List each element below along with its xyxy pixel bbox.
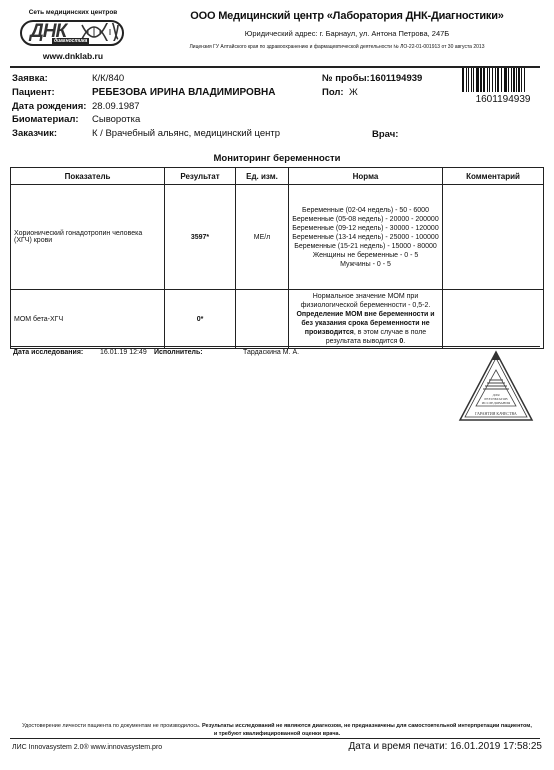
disclaimer-normal: Удостоверение личности пациента по докум… xyxy=(22,723,202,729)
order-label: Заявка: xyxy=(12,73,48,84)
barcode-number: 1601194939 xyxy=(462,94,544,105)
sex-value: Ж xyxy=(349,87,358,98)
svg-text:ГАРАНТИЯ КАЧЕСТВА: ГАРАНТИЯ КАЧЕСТВА xyxy=(475,411,517,416)
footer-divider xyxy=(10,738,540,739)
website-link[interactable]: www.dnklab.ru xyxy=(18,51,128,61)
norm-line: Женщины не беременные - 0 - 5 xyxy=(291,251,440,260)
quality-stamp-icon: ДЛЯ РЕЗУЛЬТАТОВ ИССЛЕДОВАНИЯ ГАРАНТИЯ КА… xyxy=(458,350,534,422)
study-divider xyxy=(10,346,540,347)
column-header-norm: Норма xyxy=(289,168,443,185)
comment-cell xyxy=(443,185,544,290)
biomaterial-value: Сыворотка xyxy=(92,114,140,125)
network-label: Сеть медицинских центров xyxy=(18,9,128,16)
barcode xyxy=(462,68,544,92)
org-license: Лицензия ГУ Алтайского края по здравоохр… xyxy=(120,44,554,50)
performer-label: Исполнитель: xyxy=(154,349,203,356)
dob-label: Дата рождения: xyxy=(12,101,86,112)
result-cell: 3597* xyxy=(165,185,236,290)
patient-name: РЕБЕЗОВА ИРИНА ВЛАДИМИРОВНА xyxy=(92,87,276,98)
comment-cell xyxy=(443,290,544,349)
patient-label: Пациент: xyxy=(12,87,55,98)
order-value: К/К/840 xyxy=(92,73,124,84)
org-address: Юридический адрес: г. Барнаул, ул. Антон… xyxy=(140,29,554,38)
study-date-label: Дата исследования: xyxy=(13,349,83,356)
table-header-row: Показатель Результат Ед. изм. Норма Комм… xyxy=(11,168,544,185)
print-datetime: Дата и время печати: 16.01.2019 17:58:25 xyxy=(349,741,542,752)
column-header-indicator: Показатель xyxy=(11,168,165,185)
norm-line: Беременные (13-14 недель) - 25000 - 1000… xyxy=(291,233,440,242)
table-row: Хорионический гонадотропин человека (ХГЧ… xyxy=(11,185,544,290)
unit-cell xyxy=(236,290,289,349)
barcode-bar xyxy=(525,68,526,92)
biomaterial-label: Биоматериал: xyxy=(12,114,79,125)
norm-line: Беременные (02-04 недель) - 50 - 6000 xyxy=(291,206,440,215)
svg-text:ИССЛЕДОВАНИЯ: ИССЛЕДОВАНИЯ xyxy=(482,401,511,405)
norm-end: . xyxy=(403,338,405,345)
norm-line: Беременные (05-08 недель) - 20000 - 2000… xyxy=(291,215,440,224)
norm-line: Беременные (15-21 недель) - 15000 - 8000… xyxy=(291,242,440,251)
section-title: Мониторинг беременности xyxy=(0,153,554,164)
results-table: Показатель Результат Ед. изм. Норма Комм… xyxy=(10,167,544,349)
header-divider xyxy=(10,66,540,68)
logo-subtitle: диагностика xyxy=(52,38,89,44)
org-title: ООО Медицинский центр «Лаборатория ДНК-Д… xyxy=(140,10,554,22)
result-cell: 0* xyxy=(165,290,236,349)
performer-value: Тардаскина М. А. xyxy=(243,349,299,356)
norm-line: Беременные (09-12 недель) - 30000 - 1200… xyxy=(291,224,440,233)
lis-info: ЛИС Innovasystem 2.0® www.innovasystem.p… xyxy=(12,744,162,751)
doctor-label: Врач: xyxy=(372,129,398,140)
norm-line: Мужчины - 0 - 5 xyxy=(291,260,440,269)
sample-label: № пробы: xyxy=(322,73,370,84)
disclaimer: Удостоверение личности пациента по докум… xyxy=(20,722,534,738)
norm-intro: Нормальное значение МОМ при физиологичес… xyxy=(301,293,431,309)
customer-label: Заказчик: xyxy=(12,128,57,139)
indicator-cell: Хорионический гонадотропин человека (ХГЧ… xyxy=(11,185,165,290)
disclaimer-bold: Результаты исследований не являются диаг… xyxy=(202,723,532,737)
column-header-result: Результат xyxy=(165,168,236,185)
customer-value: К / Врачебный альянс, медицинский центр xyxy=(92,128,280,139)
norm-cell: Нормальное значение МОМ при физиологичес… xyxy=(289,290,443,349)
table-row: МОМ бета-ХГЧ 0* Нормальное значение МОМ … xyxy=(11,290,544,349)
column-header-comment: Комментарий xyxy=(443,168,544,185)
norm-cell: Беременные (02-04 недель) - 50 - 6000 Бе… xyxy=(289,185,443,290)
sample-value: 1601194939 xyxy=(370,73,422,84)
unit-cell: МЕ/л xyxy=(236,185,289,290)
sex-label: Пол: xyxy=(322,87,344,98)
study-date-value: 16.01.19 12:49 xyxy=(100,349,147,356)
print-label: Дата и время печати: xyxy=(349,741,448,752)
dob-value: 28.09.1987 xyxy=(92,101,140,112)
print-value: 16.01.2019 17:58:25 xyxy=(450,741,542,752)
column-header-unit: Ед. изм. xyxy=(236,168,289,185)
indicator-cell: МОМ бета-ХГЧ xyxy=(11,290,165,349)
